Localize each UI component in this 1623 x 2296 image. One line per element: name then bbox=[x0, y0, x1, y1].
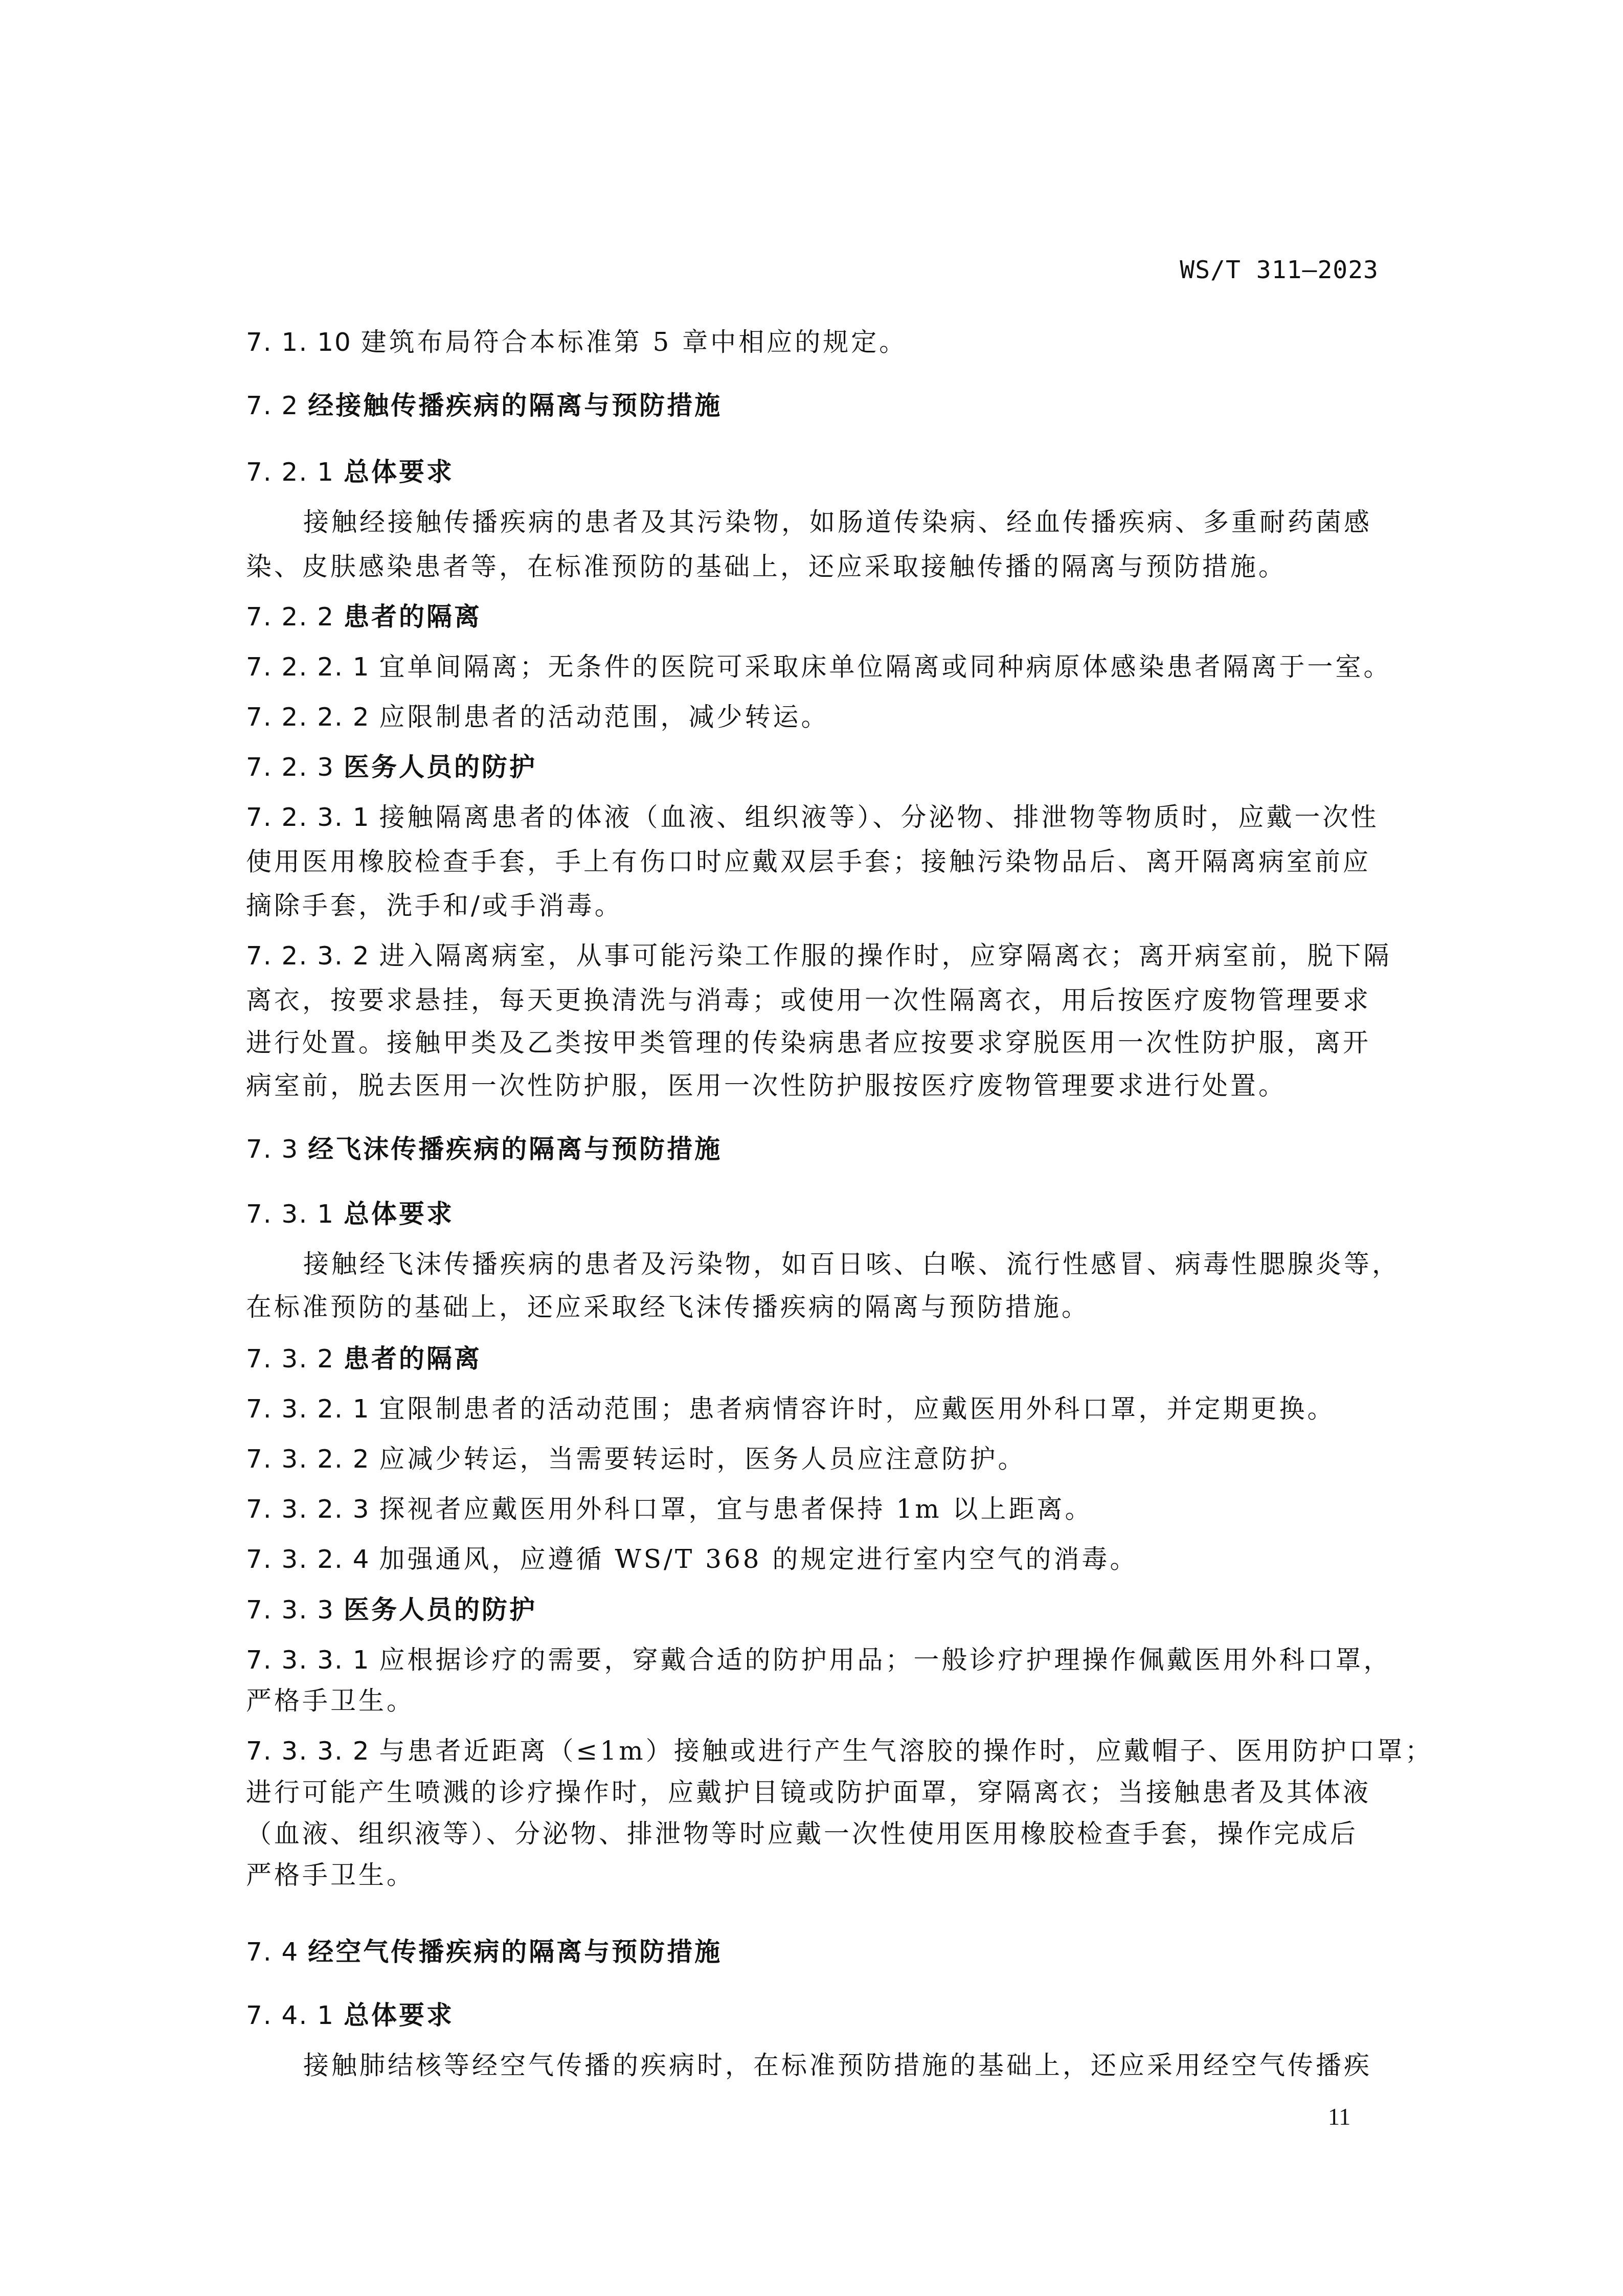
clause-line: 7. 3. 2. 3 探视者应戴医用外科口罩，宜与患者保持 1m 以上距离。 bbox=[246, 1494, 1402, 1524]
section-heading: 7. 3 经飞沫传播疾病的隔离与预防措施 bbox=[246, 1134, 1402, 1164]
clause-line: 7. 2. 2. 2 应限制患者的活动范围，减少转运。 bbox=[246, 702, 1402, 732]
paragraph-line: 接触经飞沫传播疾病的患者及污染物，如百日咳、白喉、流行性感冒、病毒性腮腺炎等， bbox=[246, 1249, 1459, 1279]
line-text: （血液、组织液等）、分泌物、排泄物等时应戴一次性使用医用橡胶检查手套，操作完成后 bbox=[246, 1819, 1358, 1849]
heading-text: 总体要求 bbox=[344, 457, 454, 487]
clause-number: 7. 3. 2. 1 bbox=[246, 1394, 379, 1424]
clause-line: 7. 3. 2. 4 加强通风，应遵循 WS/T 368 的规定进行室内空气的消… bbox=[246, 1544, 1402, 1574]
paragraph-line: 离衣，按要求悬挂，每天更换清洗与消毒；或使用一次性隔离衣，用后按医疗废物管理要求 bbox=[246, 985, 1402, 1016]
clause-number: 7. 2 bbox=[246, 391, 308, 420]
clause-line: 7. 3. 2. 1 宜限制患者的活动范围；患者病情容许时，应戴医用外科口罩，并… bbox=[246, 1393, 1402, 1424]
line-text: 宜限制患者的活动范围；患者病情容许时，应戴医用外科口罩，并定期更换。 bbox=[379, 1394, 1336, 1424]
clause-number: 7. 2. 3. 1 bbox=[246, 802, 379, 832]
document-page: WS/T 311—2023 7. 1. 10 建筑布局符合本标准第 5 章中相应… bbox=[0, 0, 1623, 2296]
paragraph-line: 接触肺结核等经空气传播的疾病时，在标准预防措施的基础上，还应采用经空气传播疾 bbox=[246, 2050, 1459, 2081]
section-heading: 7. 4 经空气传播疾病的隔离与预防措施 bbox=[246, 1937, 1402, 1967]
heading-text: 经接触传播疾病的隔离与预防措施 bbox=[308, 391, 722, 420]
section-heading: 7. 3. 1 总体要求 bbox=[246, 1199, 1402, 1229]
paragraph-line: 摘除手套，洗手和/或手消毒。 bbox=[246, 890, 1402, 921]
clause-number: 7. 3 bbox=[246, 1134, 308, 1164]
paragraph-line: 病室前，脱去医用一次性防护服，医用一次性防护服按医疗废物管理要求进行处置。 bbox=[246, 1070, 1402, 1101]
clause-number: 7. 1. 10 bbox=[246, 327, 361, 357]
clause-number: 7. 2. 2. 2 bbox=[246, 702, 379, 732]
section-heading: 7. 2. 2 患者的隔离 bbox=[246, 601, 1402, 632]
paragraph-line: 严格手卫生。 bbox=[246, 1685, 1402, 1716]
clause-line: 7. 3. 2. 2 应减少转运，当需要转运时，医务人员应注意防护。 bbox=[246, 1444, 1402, 1474]
line-text: 严格手卫生。 bbox=[246, 1686, 415, 1716]
line-text: 使用医用橡胶检查手套，手上有伤口时应戴双层手套；接触污染物品后、离开隔离病室前应 bbox=[246, 847, 1371, 876]
heading-text: 医务人员的防护 bbox=[344, 1595, 537, 1625]
clause-number: 7. 2. 3. 2 bbox=[246, 941, 379, 971]
clause-number: 7. 3. 2 bbox=[246, 1344, 344, 1374]
line-text: 接触经飞沫传播疾病的患者及污染物，如百日咳、白喉、流行性感冒、病毒性腮腺炎等， bbox=[303, 1249, 1400, 1279]
line-text: 染、皮肤感染患者等，在标准预防的基础上，还应采取接触传播的隔离与预防措施。 bbox=[246, 552, 1287, 581]
heading-text: 总体要求 bbox=[344, 2000, 454, 2030]
clause-number: 7. 4 bbox=[246, 1937, 308, 1967]
line-text: 进入隔离病室，从事可能污染工作服的操作时，应穿隔离衣；离开病室前，脱下隔 bbox=[379, 941, 1392, 971]
clause-number: 7. 3. 1 bbox=[246, 1199, 344, 1229]
line-text: 进行处置。接触甲类及乙类按甲类管理的传染病患者应按要求穿脱医用一次性防护服，离开 bbox=[246, 1028, 1371, 1057]
line-text: 宜单间隔离；无条件的医院可采取床单位隔离或同种病原体感染患者隔离于一室。 bbox=[379, 652, 1392, 682]
line-text: 接触经接触传播疾病的患者及其污染物，如肠道传染病、经血传播疾病、多重耐药菌感 bbox=[303, 507, 1372, 537]
clause-number: 7. 4. 1 bbox=[246, 2000, 344, 2030]
document-code-header: WS/T 311—2023 bbox=[1180, 256, 1379, 284]
heading-text: 经空气传播疾病的隔离与预防措施 bbox=[308, 1937, 722, 1967]
line-text: 探视者应戴医用外科口罩，宜与患者保持 1m 以上距离。 bbox=[379, 1494, 1093, 1524]
line-text: 离衣，按要求悬挂，每天更换清洗与消毒；或使用一次性隔离衣，用后按医疗废物管理要求 bbox=[246, 985, 1371, 1015]
paragraph-line: 接触经接触传播疾病的患者及其污染物，如肠道传染病、经血传播疾病、多重耐药菌感 bbox=[246, 507, 1459, 537]
clause-line: 7. 2. 3. 1 接触隔离患者的体液（血液、组织液等）、分泌物、排泄物等物质… bbox=[246, 802, 1402, 832]
heading-text: 患者的隔离 bbox=[344, 602, 482, 632]
paragraph-line: 使用医用橡胶检查手套，手上有伤口时应戴双层手套；接触污染物品后、离开隔离病室前应 bbox=[246, 846, 1402, 877]
clause-number: 7. 2. 2 bbox=[246, 602, 344, 632]
line-text: 在标准预防的基础上，还应采取经飞沫传播疾病的隔离与预防措施。 bbox=[246, 1292, 1090, 1322]
heading-text: 患者的隔离 bbox=[344, 1344, 482, 1374]
line-text: 与患者近距离（≤1m）接触或进行产生气溶胶的操作时，应戴帽子、医用防护口罩； bbox=[379, 1736, 1433, 1766]
line-text: 进行可能产生喷溅的诊疗操作时，应戴护目镜或防护面罩，穿隔离衣；当接触患者及其体液 bbox=[246, 1777, 1371, 1807]
clause-number: 7. 3. 2. 4 bbox=[246, 1544, 379, 1574]
clause-number: 7. 3. 3. 2 bbox=[246, 1736, 379, 1766]
paragraph-line: 染、皮肤感染患者等，在标准预防的基础上，还应采取接触传播的隔离与预防措施。 bbox=[246, 551, 1402, 582]
clause-line: 7. 2. 3. 2 进入隔离病室，从事可能污染工作服的操作时，应穿隔离衣；离开… bbox=[246, 940, 1402, 971]
clause-line: 7. 3. 3. 2 与患者近距离（≤1m）接触或进行产生气溶胶的操作时，应戴帽… bbox=[246, 1736, 1402, 1766]
section-heading: 7. 4. 1 总体要求 bbox=[246, 2000, 1402, 2031]
clause-number: 7. 3. 2. 3 bbox=[246, 1494, 379, 1524]
heading-text: 医务人员的防护 bbox=[344, 752, 537, 782]
paragraph-line: 进行可能产生喷溅的诊疗操作时，应戴护目镜或防护面罩，穿隔离衣；当接触患者及其体液 bbox=[246, 1777, 1402, 1808]
paragraph-line: （血液、组织液等）、分泌物、排泄物等时应戴一次性使用医用橡胶检查手套，操作完成后 bbox=[246, 1818, 1402, 1849]
section-heading: 7. 2 经接触传播疾病的隔离与预防措施 bbox=[246, 390, 1402, 421]
section-heading: 7. 2. 1 总体要求 bbox=[246, 457, 1402, 487]
clause-number: 7. 2. 3 bbox=[246, 752, 344, 782]
paragraph-line: 严格手卫生。 bbox=[246, 1860, 1402, 1890]
line-text: 接触肺结核等经空气传播的疾病时，在标准预防措施的基础上，还应采用经空气传播疾 bbox=[303, 2051, 1372, 2080]
heading-text: 经飞沫传播疾病的隔离与预防措施 bbox=[308, 1134, 722, 1164]
line-text: 病室前，脱去医用一次性防护服，医用一次性防护服按医疗废物管理要求进行处置。 bbox=[246, 1071, 1287, 1100]
line-text: 应限制患者的活动范围，减少转运。 bbox=[379, 702, 829, 732]
line-text: 加强通风，应遵循 WS/T 368 的规定进行室内空气的消毒。 bbox=[379, 1544, 1138, 1574]
clause-number: 7. 2. 2. 1 bbox=[246, 652, 379, 682]
clause-line: 7. 1. 10 建筑布局符合本标准第 5 章中相应的规定。 bbox=[246, 327, 1402, 357]
clause-number: 7. 3. 3 bbox=[246, 1595, 344, 1625]
line-text: 建筑布局符合本标准第 5 章中相应的规定。 bbox=[361, 327, 908, 357]
line-text: 应减少转运，当需要转运时，医务人员应注意防护。 bbox=[379, 1444, 1026, 1474]
line-text: 严格手卫生。 bbox=[246, 1860, 415, 1890]
section-heading: 7. 3. 2 患者的隔离 bbox=[246, 1343, 1402, 1374]
clause-number: 7. 2. 1 bbox=[246, 457, 344, 487]
section-heading: 7. 2. 3 医务人员的防护 bbox=[246, 752, 1402, 782]
line-text: 摘除手套，洗手和/或手消毒。 bbox=[246, 891, 623, 920]
paragraph-line: 进行处置。接触甲类及乙类按甲类管理的传染病患者应按要求穿脱医用一次性防护服，离开 bbox=[246, 1027, 1402, 1058]
clause-number: 7. 3. 2. 2 bbox=[246, 1444, 379, 1474]
heading-text: 总体要求 bbox=[344, 1199, 454, 1229]
line-text: 应根据诊疗的需要，穿戴合适的防护用品；一般诊疗护理操作佩戴医用外科口罩， bbox=[379, 1645, 1392, 1675]
clause-line: 7. 3. 3. 1 应根据诊疗的需要，穿戴合适的防护用品；一般诊疗护理操作佩戴… bbox=[246, 1645, 1402, 1675]
paragraph-line: 在标准预防的基础上，还应采取经飞沫传播疾病的隔离与预防措施。 bbox=[246, 1292, 1402, 1322]
page-number: 11 bbox=[1328, 2103, 1350, 2131]
section-heading: 7. 3. 3 医务人员的防护 bbox=[246, 1594, 1402, 1625]
line-text: 接触隔离患者的体液（血液、组织液等）、分泌物、排泄物等物质时，应戴一次性 bbox=[379, 802, 1379, 832]
clause-line: 7. 2. 2. 1 宜单间隔离；无条件的医院可采取床单位隔离或同种病原体感染患… bbox=[246, 651, 1402, 682]
clause-number: 7. 3. 3. 1 bbox=[246, 1645, 379, 1675]
